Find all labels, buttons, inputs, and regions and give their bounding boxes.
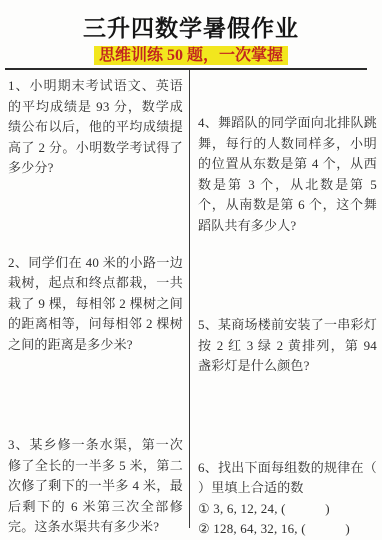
problem-6-sequence-2: ② 128, 64, 32, 16, ( ) [198, 519, 377, 540]
worksheet-columns: 1、小明期末考试语文、英语的平均成绩是 93 分，数学成绩公布以后，他的平均成绩… [0, 70, 382, 528]
problem-1: 1、小明期末考试语文、英语的平均成绩是 93 分，数学成绩公布以后，他的平均成绩… [8, 76, 183, 179]
problem-5: 5、某商场楼前安装了一串彩灯按 2 红 3 绿 2 黄排列，第 94 盏彩灯是什… [198, 315, 377, 377]
problem-6-intro: 6、找出下面每组数的规律在（ ）里填上合适的数 [198, 458, 377, 499]
left-column: 1、小明期末考试语文、英语的平均成绩是 93 分，数学成绩公布以后，他的平均成绩… [0, 70, 190, 528]
problem-3: 3、某乡修一条水渠，第一次修了全长的一半多 5 米，第二次修了剩下的一半多 4 … [8, 435, 183, 538]
page-subtitle: 思维训练 50 题，一次掌握 [94, 46, 288, 65]
problem-6-sequence-1: ① 3, 6, 12, 24, ( ) [198, 499, 377, 520]
page-title: 三升四数学暑假作业 [0, 10, 382, 43]
right-column: 4、舞蹈队的同学面向北排队跳舞，每行的人数同样多，小明的位置从东数是第 4 个，… [190, 70, 382, 528]
problem-4: 4、舞蹈队的同学面向北排队跳舞，每行的人数同样多，小明的位置从东数是第 4 个，… [198, 113, 377, 236]
problem-6: 6、找出下面每组数的规律在（ ）里填上合适的数 ① 3, 6, 12, 24, … [198, 458, 377, 540]
subtitle-row: 思维训练 50 题，一次掌握 [0, 46, 382, 65]
problem-2: 2、同学们在 40 米的小路一边栽树，起点和终点都栽，一共栽了 9 棵，每相邻 … [8, 253, 183, 356]
worksheet-page: 三升四数学暑假作业 思维训练 50 题，一次掌握 1、小明期末考试语文、英语的平… [0, 10, 382, 528]
